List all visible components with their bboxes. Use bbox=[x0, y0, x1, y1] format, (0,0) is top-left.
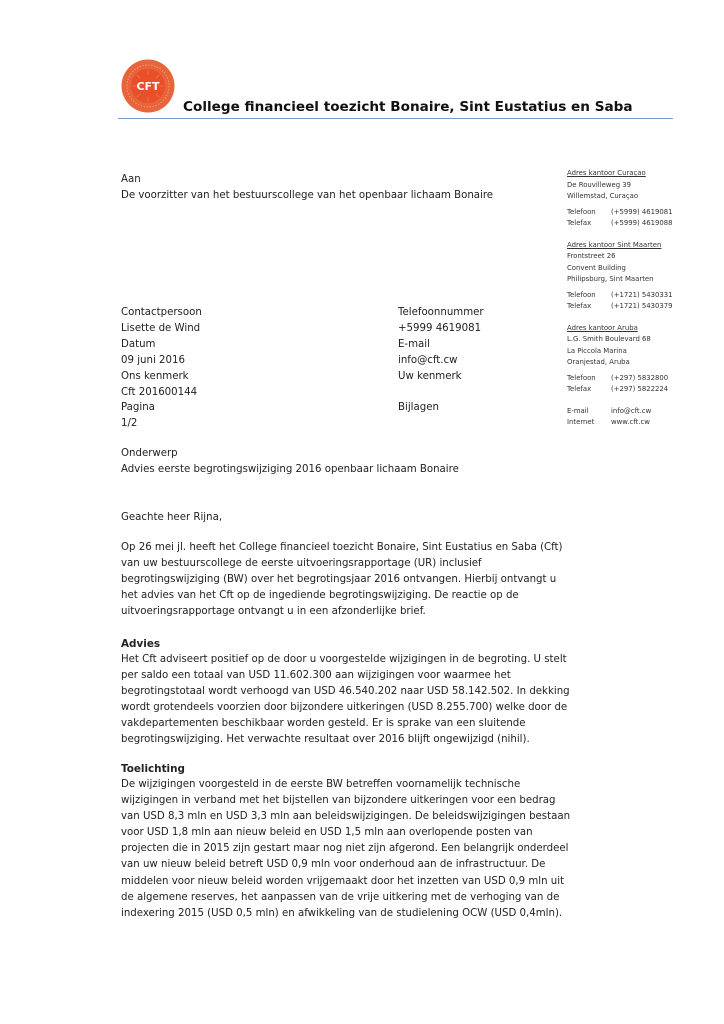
office-heading: Adres kantoor Aruba bbox=[567, 323, 673, 335]
office-sint-maarten: Adres kantoor Sint Maarten Frontstreet 2… bbox=[567, 240, 673, 313]
subject-value: Advies eerste begrotingswijziging 2016 o… bbox=[121, 462, 459, 478]
text-line: per saldo een totaal van USD 11.602.300 … bbox=[121, 668, 641, 684]
office-line: Willemstad, Curaçao bbox=[567, 191, 673, 203]
advies-section: Advies Het Cft adviseert positief op de … bbox=[121, 636, 641, 749]
office-line: Frontstreet 26 bbox=[567, 251, 673, 263]
svg-text:CFT: CFT bbox=[136, 80, 160, 93]
section-heading: Advies bbox=[121, 636, 641, 652]
office-heading: Adres kantoor Curaçao bbox=[567, 168, 673, 180]
office-phone: Telefoon(+5999) 4619081 bbox=[567, 207, 673, 219]
contact-website-link[interactable]: www.cft.cw bbox=[611, 417, 650, 429]
organization-title: College financieel toezicht Bonaire, Sin… bbox=[183, 99, 633, 115]
meta-value: info@cft.cw bbox=[398, 353, 484, 369]
text-line: projecten die in 2015 zijn gestart maar … bbox=[121, 841, 641, 857]
text-line: voor USD 1,8 mln aan nieuw beleid en USD… bbox=[121, 825, 641, 841]
text-line: wordt grotendeels voorzien door bijzonde… bbox=[121, 700, 641, 716]
addressee-label: Aan bbox=[121, 172, 493, 188]
office-fax: Telefax(+5999) 4619088 bbox=[567, 218, 673, 230]
contact-email-link[interactable]: info@cft.cw bbox=[611, 406, 651, 418]
office-line: Convent Building bbox=[567, 263, 673, 275]
meta-label: Uw kenmerk bbox=[398, 369, 484, 385]
office-line: La Piccola Marina bbox=[567, 346, 673, 358]
meta-value: 1/2 bbox=[121, 416, 202, 432]
meta-label: Ons kenmerk bbox=[121, 369, 202, 385]
office-addresses: Adres kantoor Curaçao De Rouvilleweg 39 … bbox=[567, 168, 673, 429]
section-heading: Toelichting bbox=[121, 761, 641, 777]
text-line: De wijzigingen voorgesteld in de eerste … bbox=[121, 777, 641, 793]
salutation: Geachte heer Rijna, bbox=[121, 512, 222, 523]
text-line: van USD 8,3 mln en USD 3,3 mln aan belei… bbox=[121, 809, 641, 825]
text-line: de algemene reserves, het aanpassen van … bbox=[121, 890, 641, 906]
letter-meta-left: Contactpersoon Lisette de Wind Datum 09 … bbox=[121, 305, 202, 432]
text-line: wijzigingen in verband met het bijstelle… bbox=[121, 793, 641, 809]
meta-value: +5999 4619081 bbox=[398, 321, 484, 337]
meta-value: Cft 201600144 bbox=[121, 385, 202, 401]
subject-label: Onderwerp bbox=[121, 446, 459, 462]
addressee-block: Aan De voorzitter van het bestuurscolleg… bbox=[121, 172, 493, 204]
letter-meta-right: Telefoonnummer +5999 4619081 E-mail info… bbox=[398, 305, 484, 432]
meta-value bbox=[398, 416, 484, 432]
contact-info: E-mailinfo@cft.cw Internetwww.cft.cw bbox=[567, 406, 673, 429]
text-line: Het Cft adviseert positief op de door u … bbox=[121, 652, 641, 668]
text-line: middelen voor nieuw beleid worden vrijge… bbox=[121, 874, 641, 890]
office-fax: Telefax(+1721) 5430379 bbox=[567, 301, 673, 313]
office-line: Philipsburg, Sint Maarten bbox=[567, 274, 673, 286]
subject-block: Onderwerp Advies eerste begrotingswijzig… bbox=[121, 446, 459, 478]
meta-label: Bijlagen bbox=[398, 400, 484, 416]
office-phone: Telefoon(+297) 5832800 bbox=[567, 373, 673, 385]
office-line: De Rouvilleweg 39 bbox=[567, 180, 673, 192]
text-line: indexering 2015 (USD 0,5 mln) en afwikke… bbox=[121, 906, 641, 922]
text-line: uitvoeringsrapportage ontvangt u in een … bbox=[121, 604, 641, 620]
text-line: van uw nieuw beleid betreft USD 0,9 mln … bbox=[121, 857, 641, 873]
text-line: vakdepartementen beschikbaar worden gest… bbox=[121, 716, 641, 732]
meta-label: E-mail bbox=[398, 337, 484, 353]
toelichting-section: Toelichting De wijzigingen voorgesteld i… bbox=[121, 761, 641, 922]
text-line: van uw bestuurscollege de eerste uitvoer… bbox=[121, 556, 641, 572]
meta-label: Contactpersoon bbox=[121, 305, 202, 321]
intro-paragraph: Op 26 mei jl. heeft het College financie… bbox=[121, 540, 641, 620]
meta-label: Telefoonnummer bbox=[398, 305, 484, 321]
meta-value bbox=[398, 385, 484, 401]
cft-logo: CFT bbox=[121, 59, 175, 113]
meta-value: 09 juni 2016 bbox=[121, 353, 202, 369]
meta-label: Datum bbox=[121, 337, 202, 353]
text-line: begrotingswijziging. Het verwachte resul… bbox=[121, 732, 641, 748]
office-line: L.G. Smith Boulevard 68 bbox=[567, 334, 673, 346]
text-line: begrotingswijziging (BW) over het begrot… bbox=[121, 572, 641, 588]
office-heading: Adres kantoor Sint Maarten bbox=[567, 240, 673, 252]
text-line: Op 26 mei jl. heeft het College financie… bbox=[121, 540, 641, 556]
office-phone: Telefoon(+1721) 5430331 bbox=[567, 290, 673, 302]
addressee-recipient: De voorzitter van het bestuurscollege va… bbox=[121, 188, 493, 204]
meta-label: Pagina bbox=[121, 400, 202, 416]
text-line: het advies van het Cft op de ingediende … bbox=[121, 588, 641, 604]
header-divider bbox=[118, 118, 673, 119]
office-fax: Telefax(+297) 5822224 bbox=[567, 384, 673, 396]
meta-value: Lisette de Wind bbox=[121, 321, 202, 337]
office-curacao: Adres kantoor Curaçao De Rouvilleweg 39 … bbox=[567, 168, 673, 230]
office-line: Oranjestad, Aruba bbox=[567, 357, 673, 369]
text-line: begrotingstotaal wordt verhoogd van USD … bbox=[121, 684, 641, 700]
office-aruba: Adres kantoor Aruba L.G. Smith Boulevard… bbox=[567, 323, 673, 396]
